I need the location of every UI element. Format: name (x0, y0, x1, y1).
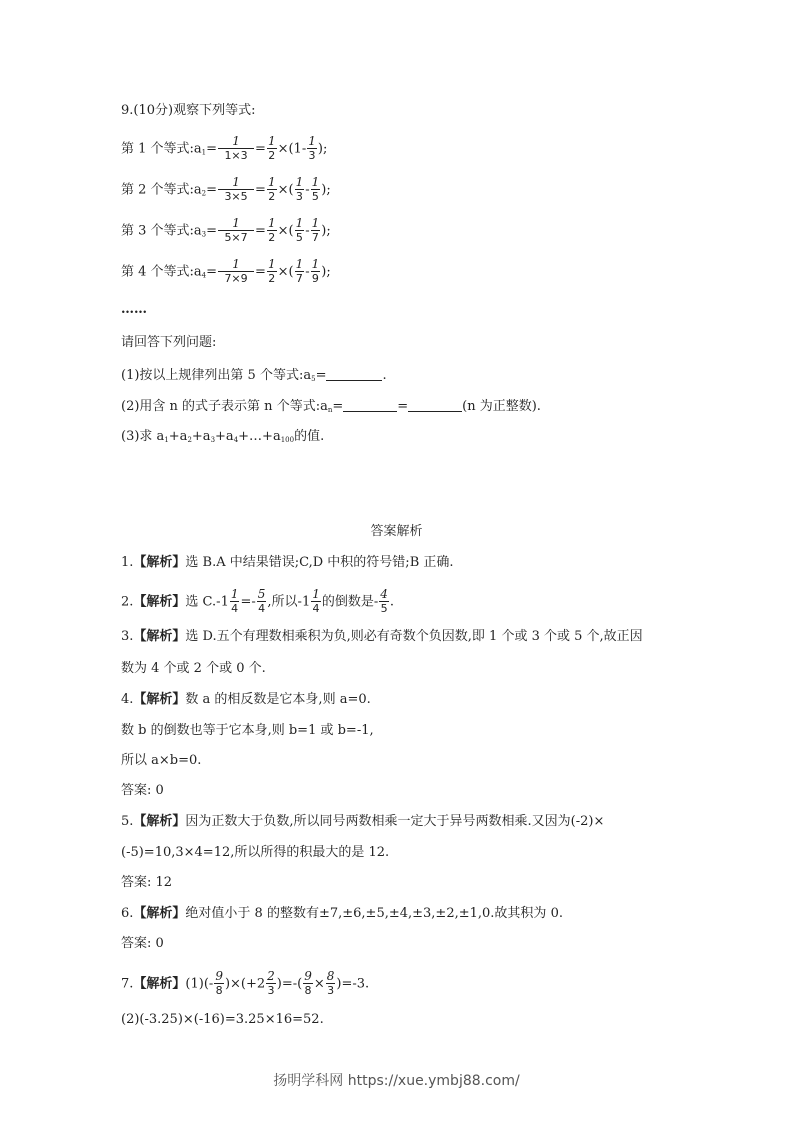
answer-7-line-2: (2)(-3.25)×(-16)=3.25×16=52. (121, 1011, 324, 1029)
equation-1: 第 1 个等式:a1=11×3=12×(1-13); (121, 135, 327, 163)
fraction: 17 (295, 258, 305, 286)
fraction: 19 (311, 258, 321, 286)
fraction: 13×5 (218, 176, 254, 204)
answer-3-line-2: 数为 4 个或 2 个或 0 个. (121, 660, 266, 678)
answer-blank[interactable] (408, 399, 462, 412)
fraction: 23 (266, 970, 276, 998)
answer-4-line-2: 数 b 的倒数也等于它本身,则 b=1 或 b=-1, (121, 722, 374, 740)
equation-4: 第 4 个等式:a4=17×9=12×(17-19); (121, 258, 331, 286)
fraction: 45 (379, 588, 389, 616)
answer-6-line-1: 6.【解析】绝对值小于 8 的整数有±7,±6,±5,±4,±3,±2,±1,0… (121, 905, 563, 923)
answer-3-line-1: 3.【解析】选 D.五个有理数相乘积为负,则必有奇数个负因数,即 1 个或 3 … (121, 628, 643, 646)
fraction: 54 (257, 588, 267, 616)
fraction: 15 (295, 217, 305, 245)
fraction: 11×3 (218, 135, 254, 163)
fraction: 14 (230, 588, 240, 616)
fraction: 12 (267, 176, 277, 204)
fraction: 17 (311, 217, 321, 245)
footer-watermark: 扬明学科网 https://xue.ymbj88.com/ (0, 1070, 793, 1090)
prompt: 请回答下列问题: (121, 334, 216, 352)
fraction: 14 (311, 588, 321, 616)
part-2: (2)用含 n 的式子表示第 n 个等式:an==(n 为正整数). (121, 398, 541, 419)
answer-blank[interactable] (343, 399, 397, 412)
fraction: 15×7 (218, 217, 254, 245)
answer-1: 1.【解析】选 B.A 中结果错误;C,D 中积的符号错;B 正确. (121, 554, 454, 572)
fraction: 17×9 (218, 258, 254, 286)
answer-7-line-1: 7.【解析】(1)(-98)×(+223)=-(98×83)=-3. (121, 970, 369, 998)
fraction: 12 (267, 217, 277, 245)
answer-5-line-2: (-5)=10,3×4=12,所以所得的积最大的是 12. (121, 844, 389, 862)
fraction: 98 (303, 970, 313, 998)
fraction: 15 (311, 176, 321, 204)
part-3: (3)求 a1+a2+a3+a4+…+a100的值. (121, 428, 324, 449)
part-1: (1)按以上规律列出第 5 个等式:a5=. (121, 367, 387, 388)
answer-4-result: 答案: 0 (121, 782, 164, 800)
fraction: 12 (267, 258, 277, 286)
answer-6-result: 答案: 0 (121, 935, 164, 953)
fraction: 98 (214, 970, 224, 998)
fraction: 13 (307, 135, 317, 163)
equation-3: 第 3 个等式:a3=15×7=12×(15-17); (121, 217, 331, 245)
question-title: 9.(10分)观察下列等式: (121, 102, 255, 120)
answers-heading: 答案解析 (0, 520, 793, 539)
answer-blank[interactable] (326, 368, 382, 381)
fraction: 13 (295, 176, 305, 204)
answer-5-line-1: 5.【解析】因为正数大于负数,所以同号两数相乘一定大于异号两数相乘.又因为(-2… (121, 813, 604, 831)
answer-4-line-3: 所以 a×b=0. (121, 752, 201, 770)
answer-5-result: 答案: 12 (121, 874, 172, 892)
equation-2: 第 2 个等式:a2=13×5=12×(13-15); (121, 176, 331, 204)
answer-2: 2.【解析】选 C.-114=-54,所以-114的倒数是-45. (121, 588, 394, 616)
fraction: 83 (326, 970, 336, 998)
fraction: 12 (267, 135, 277, 163)
ellipsis: …… (121, 301, 147, 319)
answer-4-line-1: 4.【解析】数 a 的相反数是它本身,则 a=0. (121, 691, 371, 709)
